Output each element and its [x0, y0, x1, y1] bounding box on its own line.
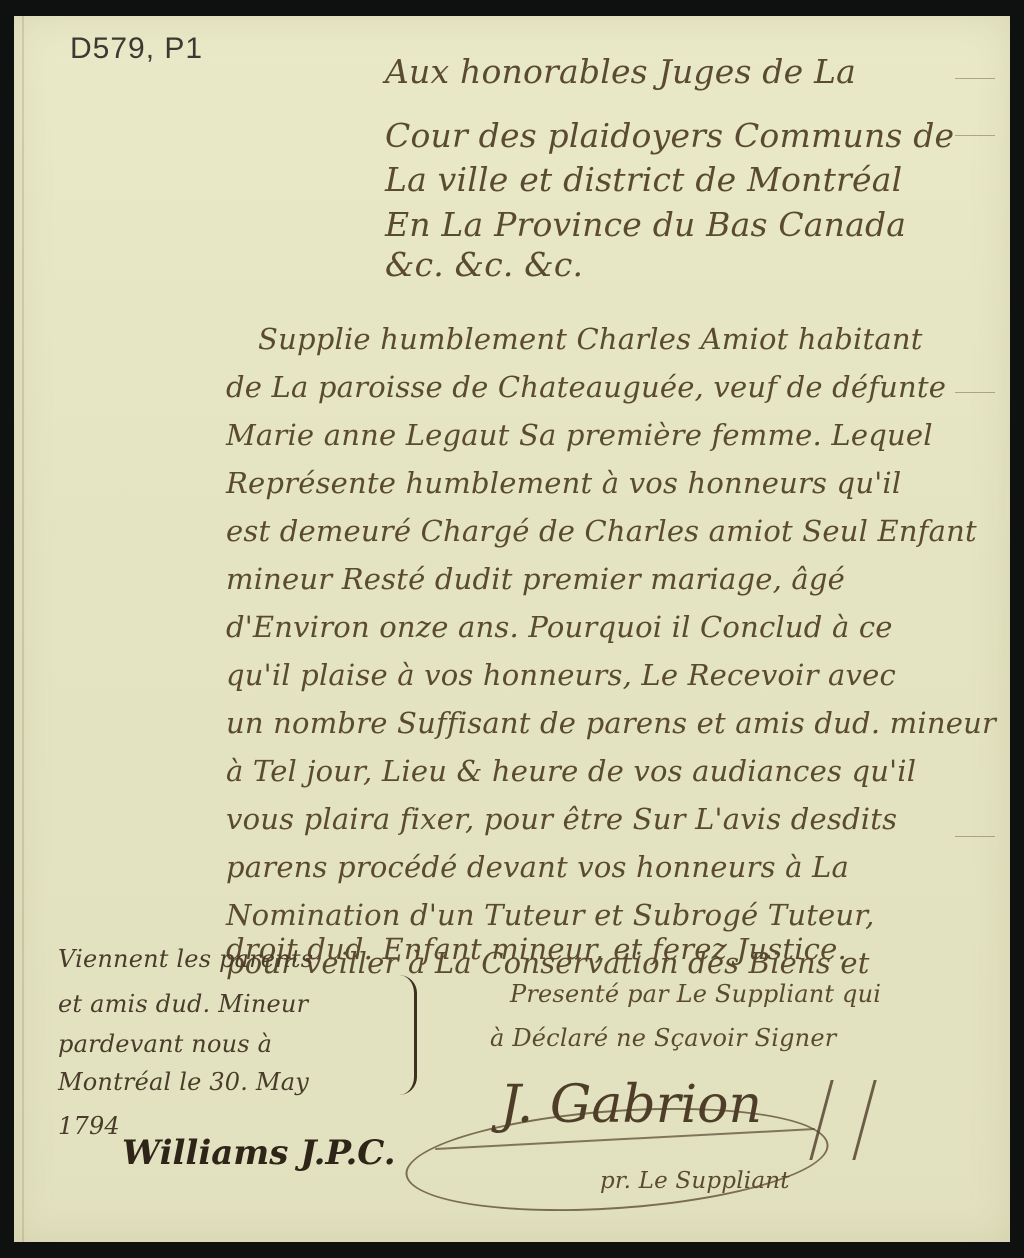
margin-note-line: et amis dud. Mineur	[58, 990, 308, 1018]
address-line: &c. &c. &c.	[385, 245, 583, 284]
judge-signature: Williams J.P.C.	[122, 1133, 396, 1173]
address-line: En La Province du Bas Canada	[385, 205, 906, 244]
margin-note-line: 1794	[58, 1112, 120, 1140]
body-line: mineur Resté dudit premier mariage, âgé	[226, 562, 845, 596]
body-line: un nombre Suffisant de parens et amis du…	[226, 706, 996, 740]
presented-line: à Déclaré ne Sçavoir Signer	[490, 1024, 836, 1052]
body-line: droit dud. Enfant mineur, et ferez Justi…	[226, 932, 847, 966]
body-line: parens procédé devant vos honneurs à La	[226, 850, 849, 884]
margin-note-line: pardevant nous à	[58, 1030, 272, 1058]
ruled-mark	[955, 836, 995, 837]
signature-note: pr. Le Suppliant	[600, 1168, 790, 1194]
ruled-mark	[955, 78, 995, 79]
margin-note-line: Montréal le 30. May	[58, 1068, 309, 1096]
body-line: Supplie humblement Charles Amiot habitan…	[258, 322, 923, 356]
body-line: Représente humblement à vos honneurs qu'…	[226, 466, 901, 500]
address-line: Cour des plaidoyers Communs de	[385, 116, 954, 155]
margin-brace	[392, 975, 417, 1095]
ruled-mark	[955, 135, 995, 136]
presented-line: Presenté par Le Suppliant qui	[510, 980, 881, 1008]
address-line: La ville et district de Montréal	[385, 160, 902, 199]
body-line: de La paroisse de Chateauguée, veuf de d…	[226, 370, 946, 404]
ruled-mark	[955, 392, 995, 393]
address-line: Aux honorables Juges de La	[385, 52, 856, 91]
body-line: Marie anne Legaut Sa première femme. Leq…	[226, 418, 933, 452]
body-line: vous plaira fixer, pour être Sur L'avis …	[226, 802, 897, 836]
body-line: à Tel jour, Lieu & heure de vos audiance…	[226, 754, 916, 788]
body-line: d'Environ onze ans. Pourquoi il Conclud …	[226, 610, 893, 644]
reference-number: D579, P1	[70, 32, 203, 66]
petitioner-signature: J. Gabrion	[500, 1075, 762, 1135]
body-line: est demeuré Chargé de Charles amiot Seul…	[226, 514, 977, 548]
margin-note-line: Viennent les parents	[58, 945, 313, 973]
body-line: qu'il plaise à vos honneurs, Le Recevoir…	[226, 658, 896, 692]
body-line: Nomination d'un Tuteur et Subrogé Tuteur…	[226, 898, 875, 932]
